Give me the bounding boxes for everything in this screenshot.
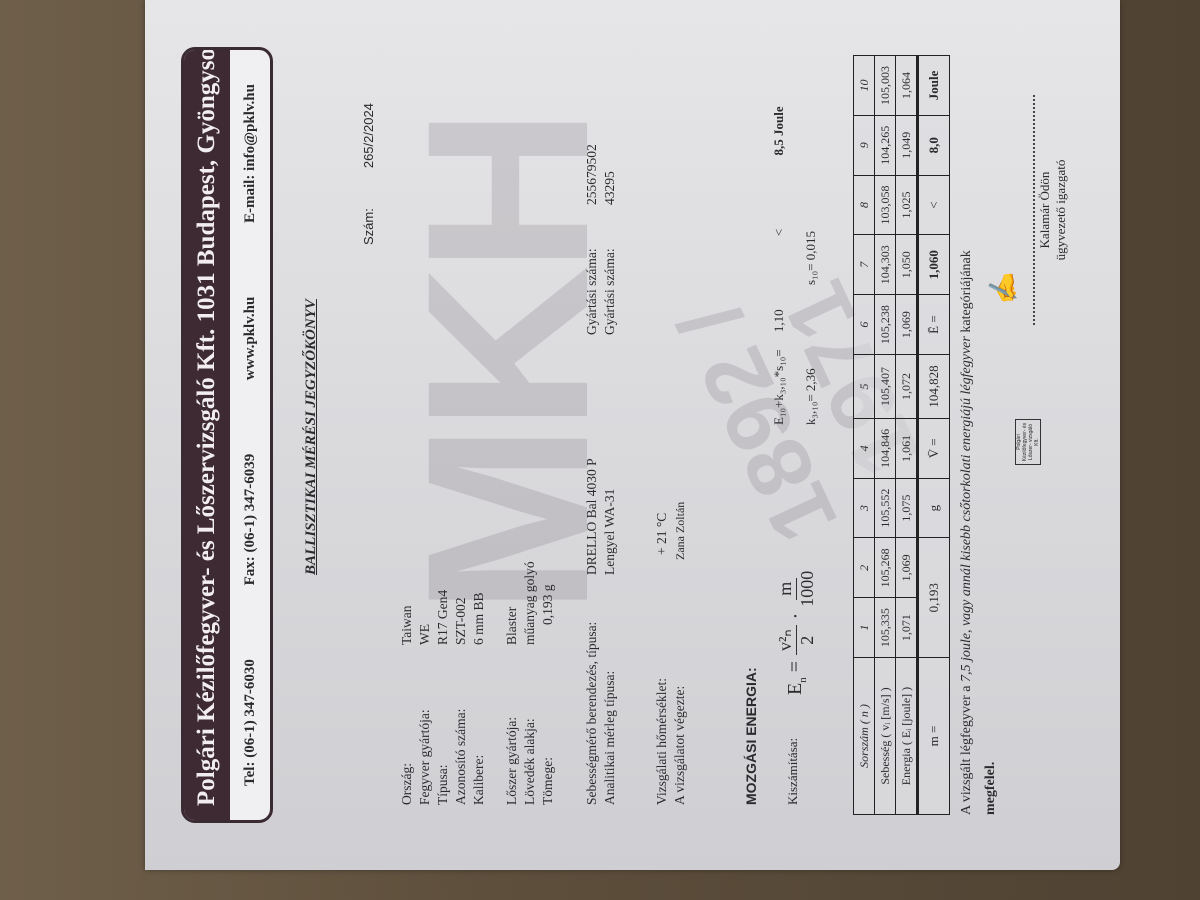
equipment-fields: Sebességmérő berendezés, típusa:DRELLO B… xyxy=(583,144,619,805)
energy-title: MOZGÁSI ENERGIA: xyxy=(743,667,759,805)
field-caliber: Kalibere:6 mm BB xyxy=(470,485,488,805)
field-type: Típusa:R17 Gen4 xyxy=(434,485,452,805)
field-projectile-shape: Lövedék alakja:műanyag golyó xyxy=(521,465,539,805)
formula-frac-2: m1000 xyxy=(775,571,818,607)
fax: Fax: (06-1) 347-6039 xyxy=(242,454,259,586)
field-tester: A vizsgálatot végezte:Zana Zoltán xyxy=(671,502,689,805)
field-country: Ország:Taiwan xyxy=(398,485,416,805)
number-value: 265/2/2024 xyxy=(361,103,376,168)
ammo-fields: Lőszer gyártója:Blaster Lövedék alakja:m… xyxy=(503,465,557,805)
signer-block: Kalamár Ödön ügyvezető igazgató xyxy=(1037,135,1069,285)
formula-lhs: En = xyxy=(784,661,809,695)
table-row-shot-number: Sorszám ( n ) 12345678910 xyxy=(853,56,874,815)
s-value: s₁₀= 0,015 xyxy=(803,231,819,285)
table-row-summary: m = 0,193 g V̄ = 104,828 Ē = 1,060 < 8,0… xyxy=(917,56,949,815)
signer-name: Kalamár Ödön xyxy=(1037,135,1053,285)
letterhead: Polgári Kézilőfegyver- és Lőszervizsgáló… xyxy=(181,47,273,823)
website-link[interactable]: www.pklv.hu xyxy=(242,297,259,380)
upper-bound-expr: E₁₀+k₃,₁₀*s₁₀= 1,10 < 8,5 Joule xyxy=(771,106,787,425)
contact-line: Tel: (06-1) 347-6030 Fax: (06-1) 347-603… xyxy=(230,50,259,820)
field-id: Azonosító száma:SZT-002 xyxy=(452,485,470,805)
company-stamp: Polgári Kézilőfegyver- és Lőszer- vizsgá… xyxy=(1015,419,1041,465)
table-row-velocity: Sebesség ( vᵢ [m/s] ) 105,335105,268105,… xyxy=(874,56,895,815)
number-label: Szám: xyxy=(361,208,376,245)
tel: Tel: (06-1) 347-6030 xyxy=(242,659,259,786)
table-row-energy: Energia ( Eᵢ [joule] ) 1,0711,0691,0751,… xyxy=(895,56,917,815)
results-table: Sorszám ( n ) 12345678910 Sebesség ( vᵢ … xyxy=(853,55,950,815)
formula-frac-1: v²ₙ2 xyxy=(775,625,818,655)
ballistic-report: MKH 1892 / 1971 Polgári Kézilőfegyver- é… xyxy=(153,25,1113,845)
conclusion-text: A vizsgált légfegyver a 7,5 joule, vagy … xyxy=(955,55,1003,815)
field-temperature: Vizsgálati hőmérséklet:+ 21 °C xyxy=(653,502,671,805)
document-title: BALLISZTIKAI MÉRÉSI JEGYZŐKÖNYV xyxy=(303,299,320,575)
field-ammo-maker: Lőszer gyártója:Blaster xyxy=(503,465,521,805)
field-manufacturer: Fegyver gyártója:WE xyxy=(416,485,434,805)
signer-title: ügyvezető igazgató xyxy=(1053,135,1069,285)
signature-line xyxy=(1033,95,1035,325)
field-scale: Analitikai mérleg típusa:Lengyel WA-31Gy… xyxy=(601,144,619,805)
document-paper: MKH 1892 / 1971 Polgári Kézilőfegyver- é… xyxy=(145,0,1120,870)
signature-icon: ✍ xyxy=(986,270,1021,307)
test-fields: Vizsgálati hőmérséklet:+ 21 °C A vizsgál… xyxy=(653,502,689,805)
company-name: Polgári Kézilőfegyver- és Lőszervizsgáló… xyxy=(184,50,230,820)
energy-formula: En = v²ₙ2 · m1000 xyxy=(775,571,818,695)
email-link[interactable]: E-mail: info@pklv.hu xyxy=(242,84,259,223)
document-number: Szám:265/2/2024 xyxy=(361,103,376,245)
weapon-fields: Ország:Taiwan Fegyver gyártója:WE Típusa… xyxy=(398,485,488,805)
calc-label: Kiszámítása: xyxy=(785,738,801,805)
k-value: k₃,₁₀= 2,36 xyxy=(803,368,819,425)
field-mass: Tömege:0,193 g xyxy=(539,465,557,805)
field-chronograph: Sebességmérő berendezés, típusa:DRELLO B… xyxy=(583,144,601,805)
